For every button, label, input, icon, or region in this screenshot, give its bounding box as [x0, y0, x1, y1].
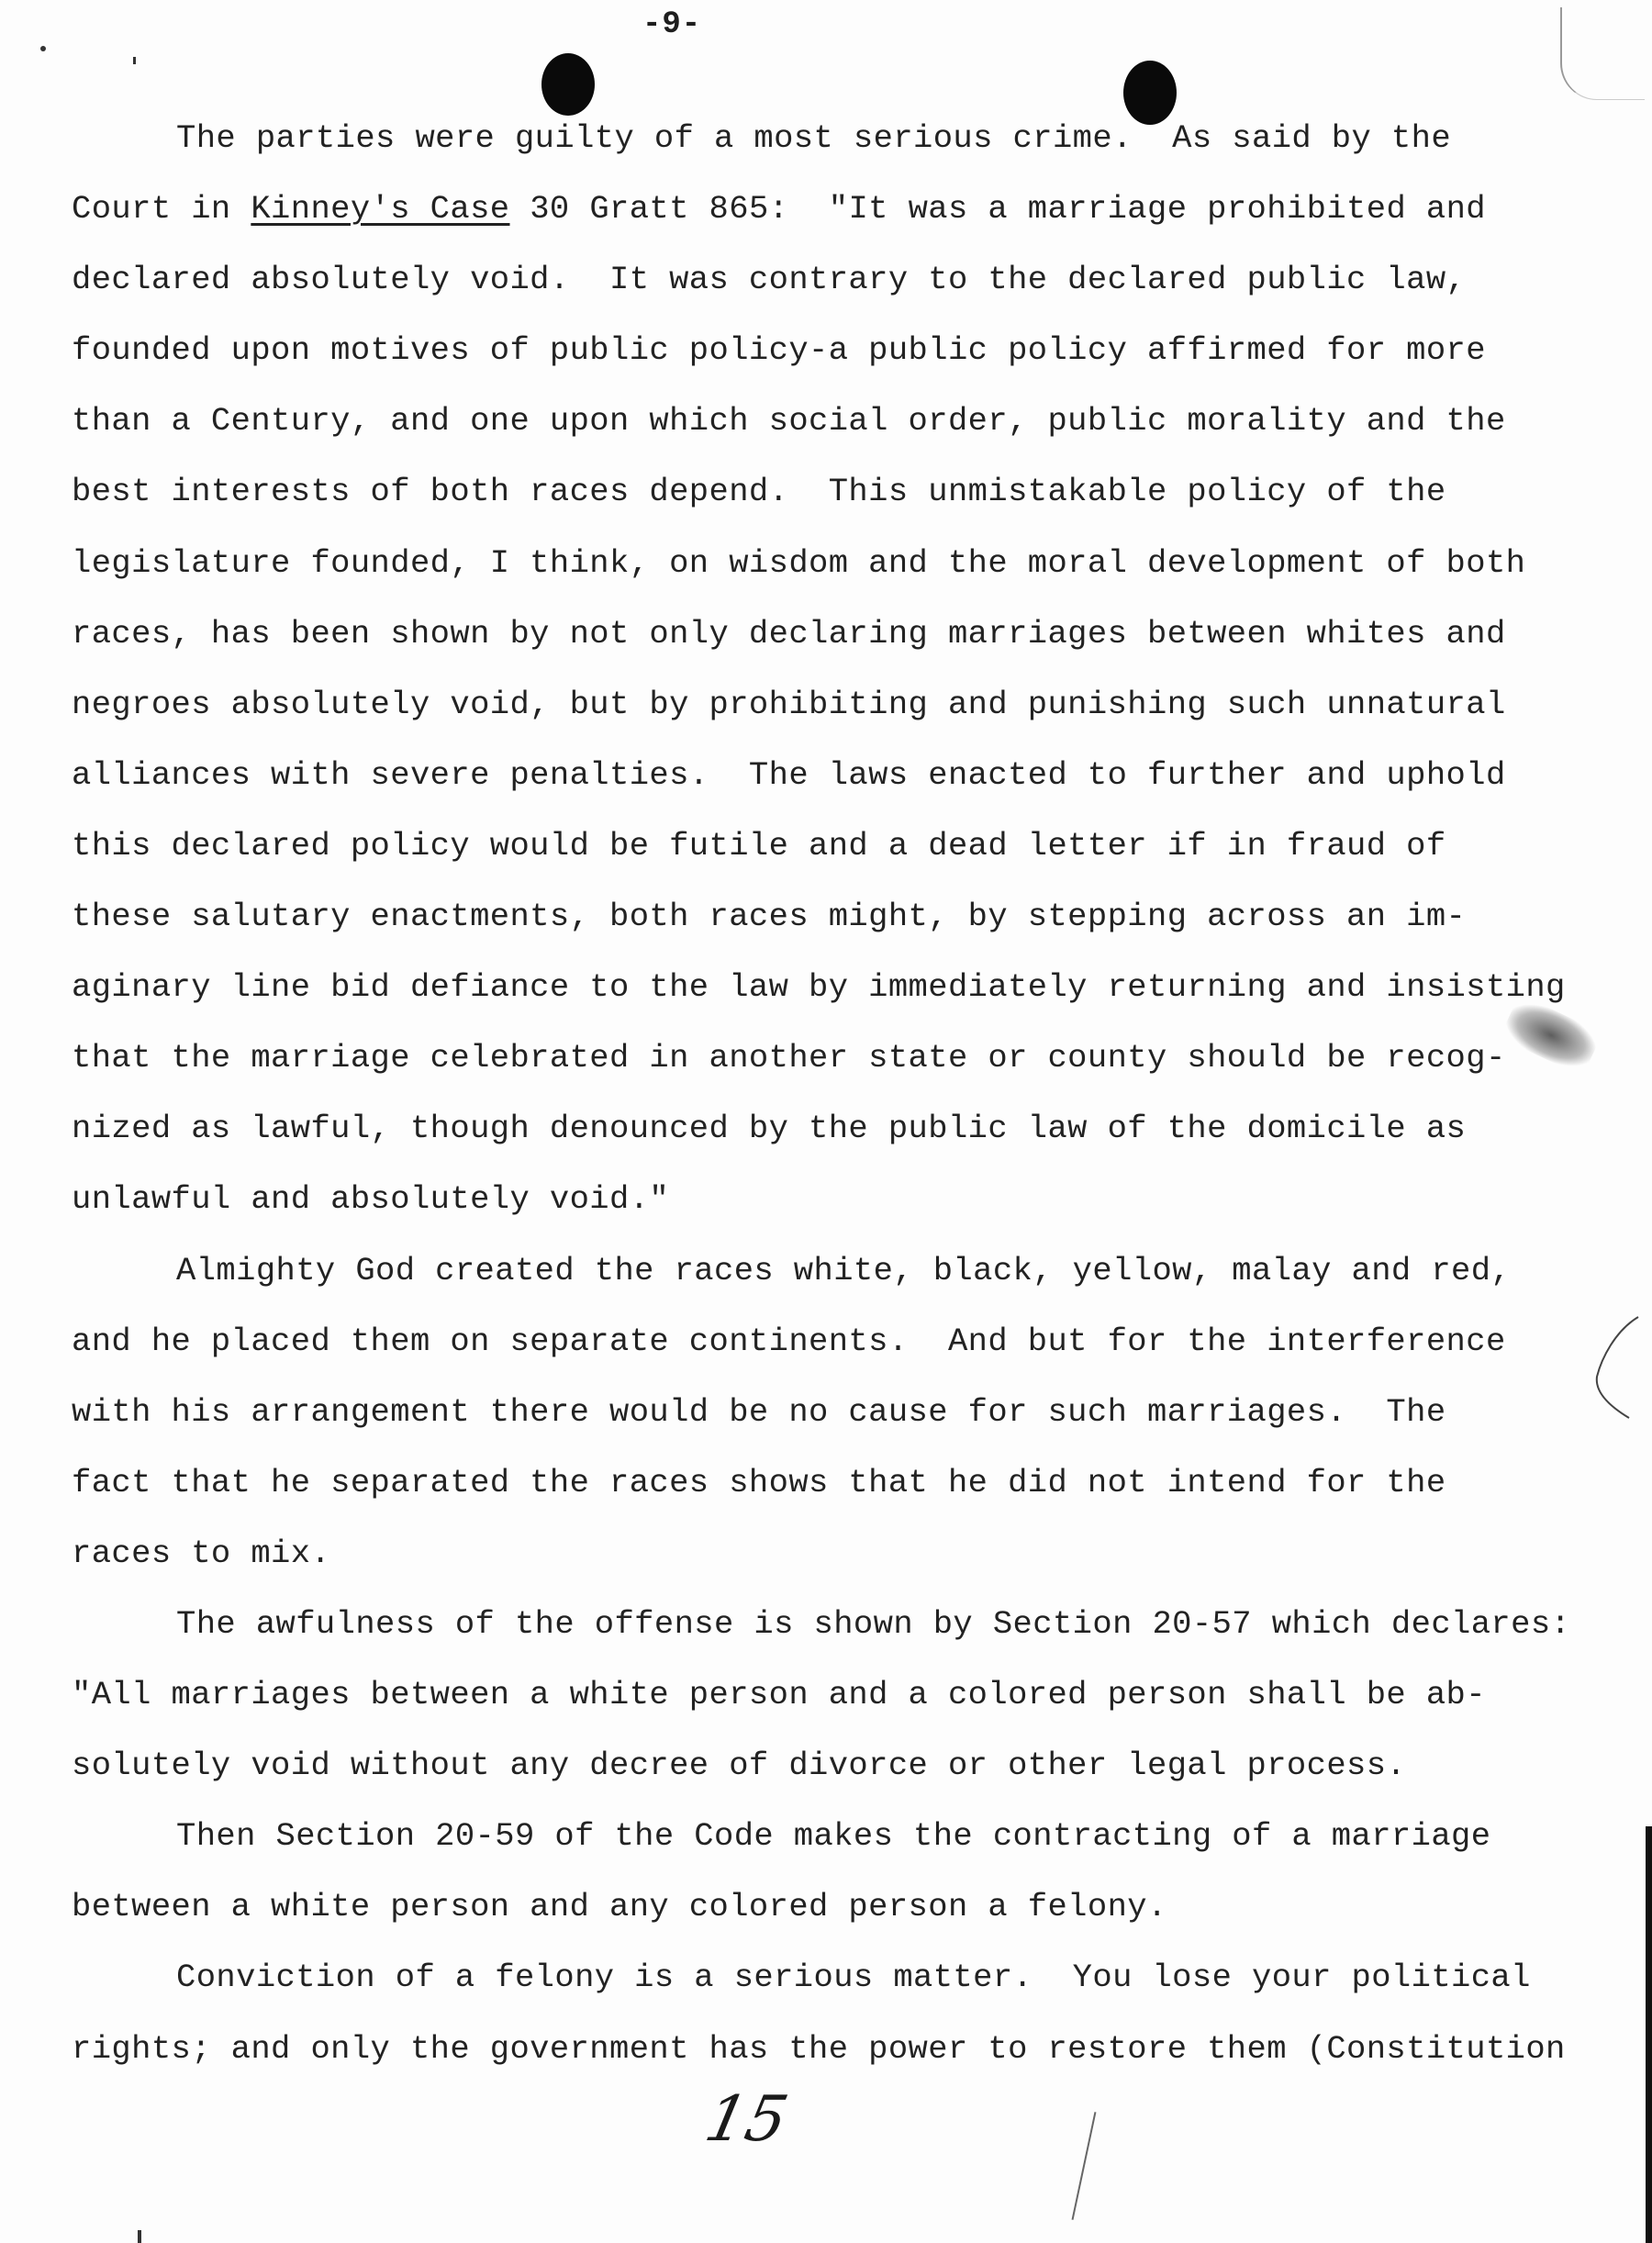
text-line: than a Century, and one upon which socia… [72, 385, 1650, 456]
speck [133, 57, 136, 64]
speck [40, 46, 46, 51]
handwritten-page-number: 15 [699, 2083, 794, 2156]
text-line: this declared policy would be futile and… [72, 810, 1650, 881]
text-line: legislature founded, I think, on wisdom … [72, 528, 1650, 598]
margin-bracket-mark [1588, 1312, 1643, 1423]
text-line: alliances with severe penalties. The law… [72, 740, 1650, 810]
text-line: aginary line bid defiance to the law by … [72, 952, 1650, 1022]
speck [138, 2230, 141, 2243]
text-line: Conviction of a felony is a serious matt… [72, 1942, 1650, 2013]
text-line: races to mix. [72, 1518, 1650, 1589]
text-line: The parties were guilty of a most seriou… [72, 103, 1650, 173]
text-line: with his arrangement there would be no c… [72, 1377, 1650, 1447]
text-line: negroes absolutely void, but by prohibit… [72, 669, 1650, 740]
pencil-stroke [1072, 2112, 1097, 2220]
document-page: -9- The parties were guilty of a most se… [0, 0, 1652, 2243]
text-line: best interests of both races depend. Thi… [72, 456, 1650, 527]
text-line: Court in Kinney's Case 30 Gratt 865: "It… [72, 173, 1650, 244]
text-line: between a white person and any colored p… [72, 1871, 1650, 1942]
text-line: races, has been shown by not only declar… [72, 598, 1650, 669]
corner-pencil-mark [1560, 7, 1645, 100]
text-line: "All marriages between a white person an… [72, 1659, 1650, 1730]
text-line: Then Section 20-59 of the Code makes the… [72, 1801, 1650, 1871]
text-line: founded upon motives of public policy-a … [72, 315, 1650, 385]
text-line: rights; and only the government has the … [72, 2014, 1650, 2084]
text-line: nized as lawful, though denounced by the… [72, 1093, 1650, 1164]
scan-edge [1646, 1826, 1652, 2243]
text-line: Almighty God created the races white, bl… [72, 1235, 1650, 1306]
text-line: and he placed them on separate continent… [72, 1306, 1650, 1377]
text-line: solutely void without any decree of divo… [72, 1730, 1650, 1801]
body-text: The parties were guilty of a most seriou… [72, 103, 1650, 2084]
case-citation: Kinney's Case [251, 190, 509, 228]
text-line: The awfulness of the offense is shown by… [72, 1589, 1650, 1659]
text-line: these salutary enactments, both races mi… [72, 881, 1650, 952]
text-segment: Court in [72, 190, 251, 228]
text-line: that the marriage celebrated in another … [72, 1022, 1650, 1093]
text-line: fact that he separated the races shows t… [72, 1447, 1650, 1518]
text-line: declared absolutely void. It was contrar… [72, 244, 1650, 315]
text-segment: 30 Gratt 865: "It was a marriage prohibi… [510, 190, 1486, 228]
page-number: -9- [642, 7, 701, 42]
text-line: unlawful and absolutely void." [72, 1164, 1650, 1234]
